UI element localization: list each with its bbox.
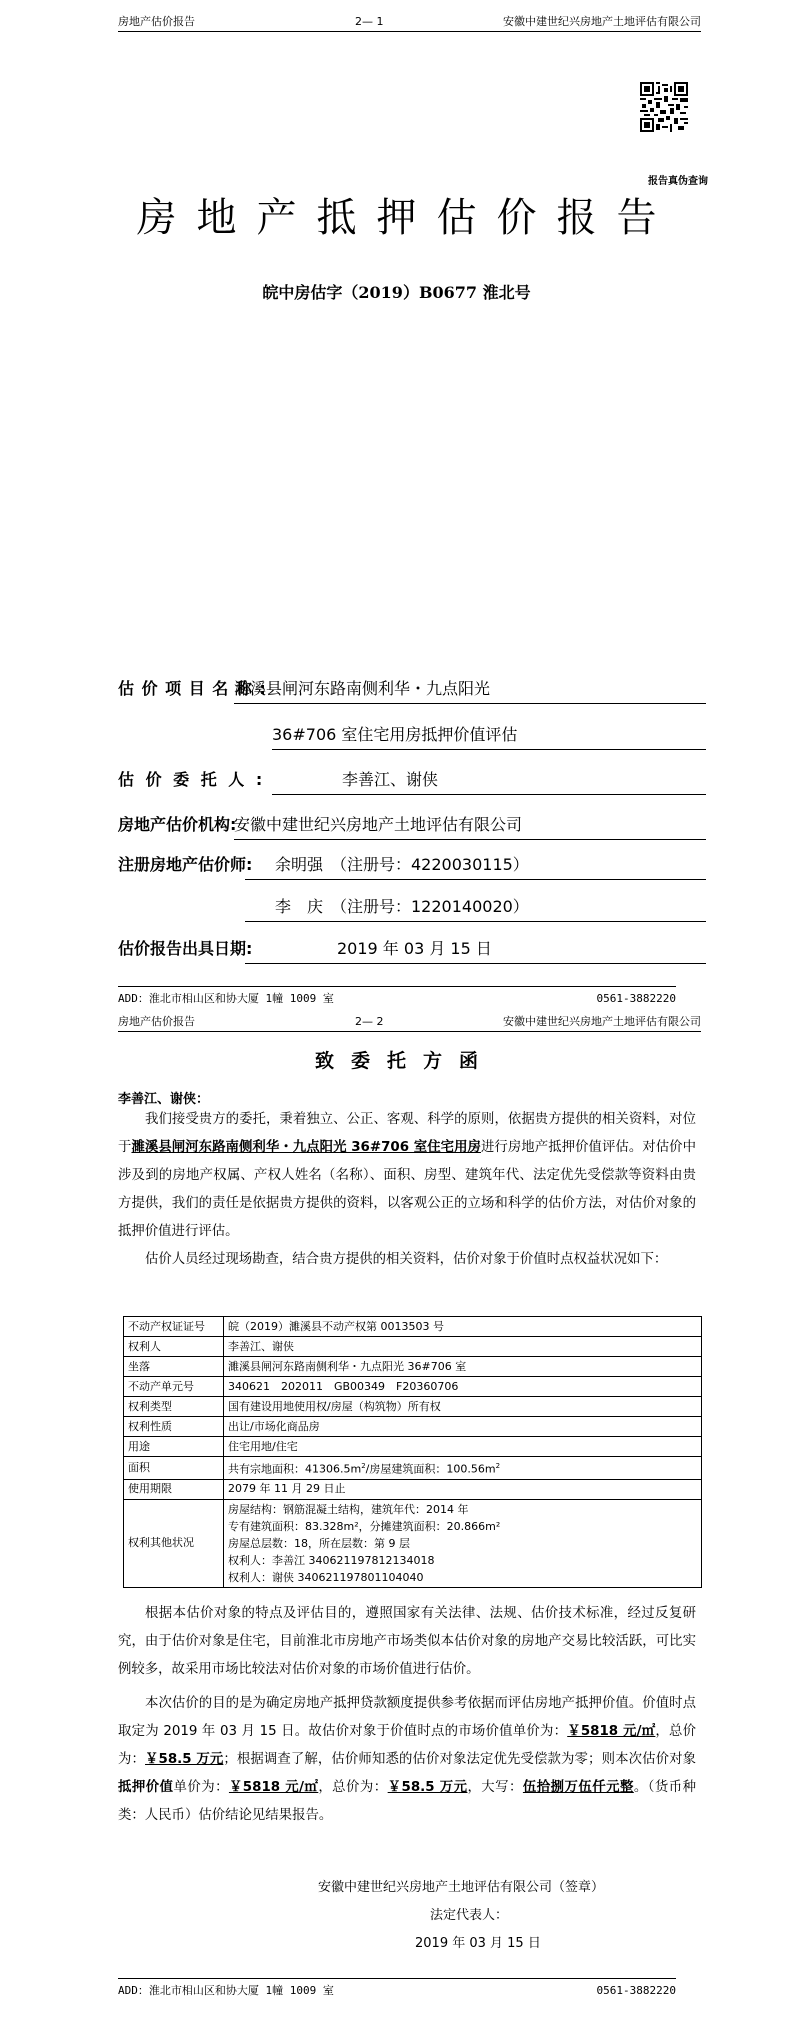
- table-row: 权利其他状况 房屋结构：钢筋混凝土结构，建筑年代：2014 年 专有建筑面积：8…: [124, 1499, 702, 1587]
- rights-table: 不动产权证证号皖（2019）濉溪县不动产权第 0013503 号 权利人李善江、…: [123, 1316, 702, 1588]
- signature-company: 安徽中建世纪兴房地产土地评估有限公司（签章）: [318, 1876, 604, 1895]
- conclusion-paragraph: 本次估价的目的是为确定房地产抵押贷款额度提供参考依据而评估房地产抵押价值。价值时…: [118, 1690, 696, 1830]
- table-row: 用途住宅用地/住宅: [124, 1437, 702, 1457]
- table-row: 坐落濉溪县闸河东路南侧利华・九点阳光 36#706 室: [124, 1357, 702, 1377]
- header-page-number: 2— 1: [355, 14, 384, 30]
- letter-title: 致委托方函: [0, 1046, 793, 1073]
- agency-label: 房地产估价机构:: [118, 812, 236, 838]
- page2-header: 房地产估价报告 2— 2 安徽中建世纪兴房地产土地评估有限公司: [118, 1014, 701, 1032]
- cover-project-row2: 36#706 室住宅用房抵押价值评估: [118, 722, 706, 752]
- footer-phone: 0561-3882220: [597, 991, 676, 1007]
- table-row: 不动产权证证号皖（2019）濉溪县不动产权第 0013503 号: [124, 1317, 702, 1337]
- method-paragraph: 根据本估价对象的特点及评估目的，遵照国家有关法律、法规、估价技术标准，经过反复研…: [118, 1600, 696, 1684]
- cover-date-row: 估价报告出具日期: 2019 年 03 月 15 日: [118, 936, 706, 966]
- appraiser-2: 李 庆 （注册号：1220140020）: [245, 894, 706, 922]
- header-company: 安徽中建世纪兴房地产土地评估有限公司: [503, 1014, 701, 1030]
- page1-header: 房地产估价报告 2— 1 安徽中建世纪兴房地产土地评估有限公司: [118, 14, 701, 32]
- cover-agency-row: 房地产估价机构: 安徽中建世纪兴房地产土地评估有限公司: [118, 812, 706, 842]
- date-value: 2019 年 03 月 15 日: [245, 936, 706, 964]
- appraiser-1: 余明强 （注册号：4220030115）: [245, 852, 706, 880]
- client-value: 李善江、谢侠: [272, 767, 706, 795]
- header-report-type: 房地产估价报告: [118, 14, 195, 30]
- date-label: 估价报告出具日期:: [118, 936, 252, 962]
- project-value-line1: 濉溪县闸河东路南侧利华・九点阳光: [234, 676, 706, 704]
- table-row: 不动产单元号340621 202011 GB00349 F20360706: [124, 1377, 702, 1397]
- mortgage-unit-price: ￥5818 元/㎡: [229, 1780, 318, 1795]
- intro-paragraph: 我们接受贵方的委托，秉着独立、公正、客观、科学的原则，依据贵方提供的相关资料，对…: [118, 1106, 696, 1246]
- table-row: 权利人李善江、谢侠: [124, 1337, 702, 1357]
- cover-appraiser-row: 注册房地产估价师: 余明强 （注册号：4220030115）: [118, 852, 706, 882]
- signature-date: 2019 年 03 月 15 日: [415, 1932, 541, 1951]
- footer-address: ADD：淮北市相山区和协大厦 1幢 1009 室: [118, 1984, 334, 1997]
- appraiser-label: 注册房地产估价师:: [118, 852, 252, 878]
- client-label: 估 价 委 托 人 :: [118, 767, 265, 793]
- salutation: 李善江、谢侠：: [118, 1088, 209, 1107]
- cover-project-row: 估 价 项 目 名 称 : 濉溪县闸河东路南侧利华・九点阳光: [118, 676, 706, 706]
- total-price: ￥58.5 万元: [145, 1752, 223, 1767]
- report-title: 房地产抵押估价报告: [0, 193, 793, 243]
- footer-phone: 0561-3882220: [597, 1983, 676, 1999]
- page1-footer: ADD：淮北市相山区和协大厦 1幢 1009 室 0561-3882220: [118, 986, 676, 1007]
- header-report-type: 房地产估价报告: [118, 1014, 195, 1030]
- mortgage-value-term: 抵押价值: [118, 1780, 173, 1795]
- cover-client-row: 估 价 委 托 人 : 李善江、谢侠: [118, 767, 706, 797]
- signature-representative: 法定代表人：: [430, 1904, 508, 1923]
- table-row: 权利类型国有建设用地使用权/房屋（构筑物）所有权: [124, 1397, 702, 1417]
- mortgage-total-price: ￥58.5 万元: [388, 1780, 468, 1795]
- unit-price: ￥5818 元/㎡: [567, 1724, 655, 1739]
- page2-footer: ADD：淮北市相山区和协大厦 1幢 1009 室 0561-3882220: [118, 1978, 676, 1999]
- property-address-highlight: 濉溪县闸河东路南侧利华・九点阳光 36#706 室住宅用房: [131, 1140, 481, 1155]
- header-page-number: 2— 2: [355, 1014, 384, 1030]
- agency-value: 安徽中建世纪兴房地产土地评估有限公司: [234, 812, 706, 840]
- table-row: 使用期限2079 年 11 月 29 日止: [124, 1479, 702, 1499]
- qr-code-icon[interactable]: [640, 82, 688, 132]
- footer-address: ADD：淮北市相山区和协大厦 1幢 1009 室: [118, 992, 334, 1005]
- uppercase-amount: 伍拾捌万伍仟元整: [523, 1780, 634, 1795]
- table-row: 面积共有宗地面积：41306.5m2/房屋建筑面积：100.56m2: [124, 1457, 702, 1480]
- cover-appraiser-row2: 李 庆 （注册号：1220140020）: [118, 894, 706, 924]
- qr-verify-label: 报告真伪查询: [618, 172, 708, 187]
- project-value-line2: 36#706 室住宅用房抵押价值评估: [272, 722, 706, 750]
- survey-paragraph: 估价人员经过现场勘查，结合贵方提供的相关资料，估价对象于价值时点权益状况如下：: [118, 1246, 696, 1274]
- table-row: 权利性质出让/市场化商品房: [124, 1417, 702, 1437]
- header-company: 安徽中建世纪兴房地产土地评估有限公司: [503, 14, 701, 30]
- report-number: 皖中房估字（2019）B0677 淮北号: [0, 280, 793, 303]
